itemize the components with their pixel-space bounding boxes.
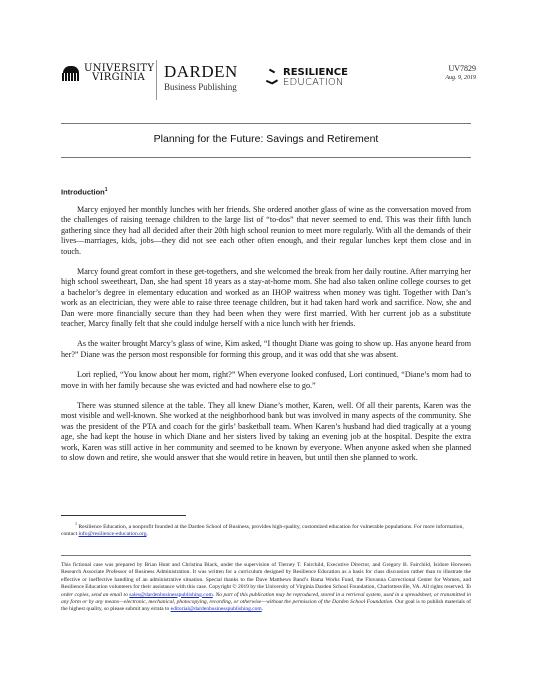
paragraph-2: Marcy found great comfort in these get-t…	[61, 267, 471, 329]
paragraph-4: Lori replied, “You know about her mom, r…	[61, 370, 471, 391]
sales-email-link[interactable]: sales@dardenbusinesspublishing.com	[129, 592, 212, 598]
footnote: 1 Resilience Education, a nonprofit foun…	[61, 520, 471, 539]
bird-icon	[266, 68, 280, 88]
title-rule-top	[61, 123, 471, 124]
paragraph-1: Marcy enjoyed her monthly lunches with h…	[61, 205, 471, 257]
section-heading: Introduction1	[61, 185, 471, 198]
editorial-email-link[interactable]: editorial@dardenbusinesspublishing.com	[171, 606, 262, 612]
document-title: Planning for the Future: Savings and Ret…	[61, 133, 471, 145]
paragraph-3: As the waiter brought Marcy’s glass of w…	[61, 339, 471, 360]
darden-title: DARDEN	[164, 63, 238, 81]
darden-logo: DARDEN Business Publishing	[164, 63, 238, 93]
logo-divider	[156, 60, 157, 100]
case-identifier: UV7829 Aug. 9, 2019	[445, 64, 476, 82]
disclaimer: This fictional case was prepared by Bria…	[61, 562, 471, 614]
paragraph-5: There was stunned silence at the table. …	[61, 401, 471, 463]
title-rule-bottom	[61, 157, 471, 158]
footnote-marker[interactable]: 1	[105, 187, 108, 193]
rotunda-icon	[61, 66, 81, 81]
document-page: UNIVERSITY VIRGINIA DARDEN Business Publ…	[0, 0, 533, 690]
resilience-logo: RESILIENCE EDUCATION	[266, 68, 348, 88]
footnote-rule	[61, 515, 186, 516]
case-id: UV7829	[445, 64, 476, 74]
document-body: Introduction1 Marcy enjoyed her monthly …	[61, 185, 471, 473]
darden-subtitle: Business Publishing	[164, 81, 238, 93]
uva-logo-line2: VIRGINIA	[84, 73, 154, 82]
page-header: UNIVERSITY VIRGINIA DARDEN Business Publ…	[61, 60, 476, 100]
resilience-email-link[interactable]: info@resilience-education.org	[79, 531, 147, 537]
resilience-line2: EDUCATION	[283, 78, 348, 88]
disclaimer-rule	[61, 555, 471, 556]
case-date: Aug. 9, 2019	[445, 74, 476, 82]
uva-logo: UNIVERSITY VIRGINIA	[61, 64, 154, 82]
